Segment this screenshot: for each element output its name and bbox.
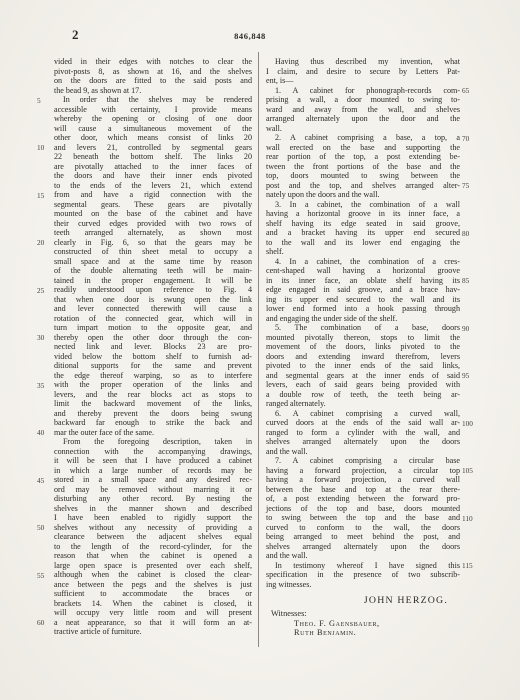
margin-line-number: 50 (37, 523, 51, 533)
page-number: 2 (72, 27, 79, 43)
text-line: large open space is presented over each … (54, 561, 252, 571)
text-line: whereby the opening or closing of one do… (54, 114, 252, 124)
text-line: having a horizontal groove in its inner … (266, 209, 460, 219)
text-line: shelf having its edge seated in said gro… (266, 219, 460, 229)
text-line: being arranged to meet behind the post, … (266, 532, 460, 542)
witness-name: Ruth Benjamin. (266, 628, 460, 638)
text-line: and segmental gears at the inner ends of… (266, 371, 460, 381)
text-line: ing its upper end secured to the wall an… (266, 295, 460, 305)
text-line: movement of the doors, links pivoted to … (266, 342, 460, 352)
margin-line-number: 55 (37, 571, 51, 581)
text-line: the bead 9, as shown at 17. (54, 86, 252, 96)
text-line: clearly in Fig. 6, so that the gears may… (54, 238, 252, 248)
text-line: top, doors mounted to swing between the (266, 171, 460, 181)
text-line: brackets 14. When the cabinet is closed,… (54, 599, 252, 609)
margin-line-number: 5 (37, 96, 51, 106)
text-line: prising a wall, a door mounted to swing … (266, 95, 460, 105)
text-line: shelves without any necessity of providi… (54, 523, 252, 533)
text-line: vided in their edges with notches to cle… (54, 57, 252, 67)
text-line: in its inner face, an oblate shelf havin… (266, 276, 460, 286)
text-line: 22 beneath the bottom shelf. The links 2… (54, 152, 252, 162)
text-line: mounted on the base of the cabinet and h… (54, 209, 252, 219)
text-line: to swing between the top and the base an… (266, 513, 460, 523)
text-line: to the length of the record-cylinder, fo… (54, 542, 252, 552)
text-line: and thereby prevent the doors being swun… (54, 409, 252, 419)
margin-line-number: 100 (462, 419, 482, 429)
text-line: their curved edges provided with two row… (54, 219, 252, 229)
text-line: ward and away from the wall, and shelves (266, 105, 460, 115)
text-line: segmental gears. These gears are pivotal… (54, 200, 252, 210)
right-column: Having thus described my invention, what… (266, 57, 460, 638)
margin-line-number: 15 (37, 191, 51, 201)
text-line: ord may be removed without marring it or (54, 485, 252, 495)
text-line: doors and extending inward therefrom, le… (266, 352, 460, 362)
text-line: ranged to form a cylinder with the wall,… (266, 428, 460, 438)
text-line: 6. A cabinet comprising a curved wall, (266, 409, 460, 419)
text-line: and engaging the under side of the shelf… (266, 314, 460, 324)
text-line: levers, each of said gears being provide… (266, 380, 460, 390)
text-line: tractive article of furniture. (54, 627, 252, 637)
text-line: with the proper operation of the links a… (54, 380, 252, 390)
text-line: between the base and top at the rear the… (266, 485, 460, 495)
text-line: From the foregoing description, taken in (54, 437, 252, 447)
text-line: will occupy very little room and will pr… (54, 608, 252, 618)
text-line: jections of the top and base, doors moun… (266, 504, 460, 514)
margin-line-number: 65 (462, 86, 482, 96)
text-line: sufficient to accommodate the braces or (54, 589, 252, 599)
text-line: shelves arranged alternately upon the do… (266, 437, 460, 447)
text-line: In order that the shelves may be rendere… (54, 95, 252, 105)
text-line: ent, is— (266, 76, 460, 86)
text-line: curved doors at the ends of the said wal… (266, 418, 460, 428)
text-line: rotation of the connected gear, which wi… (54, 314, 252, 324)
text-line: mounted pivotally thereon, stops to limi… (266, 333, 460, 343)
margin-line-number: 95 (462, 371, 482, 381)
text-line: shelf. (266, 247, 460, 257)
text-line: to the wall and its lower end engaging t… (266, 238, 460, 248)
text-line: I claim, and desire to secure by Letters… (266, 67, 460, 77)
margin-line-number: 85 (462, 276, 482, 286)
text-line: curved to conform to the wall, the doors (266, 523, 460, 533)
text-line: tained in the proper engagement. It will… (54, 276, 252, 286)
text-line: pivoted to the inner ends of the said li… (266, 361, 460, 371)
text-line: ranged alternately. (266, 399, 460, 409)
text-line: rear portion of the top, a post extendin… (266, 152, 460, 162)
margin-line-number: 75 (462, 181, 482, 191)
text-line: 3. In a cabinet, the combination of a wa… (266, 200, 460, 210)
text-line: wall erected on the base and supporting … (266, 143, 460, 153)
text-line: and levers 21, controlled by segmental g… (54, 143, 252, 153)
margin-line-number: 30 (37, 333, 51, 343)
margin-line-number: 90 (462, 324, 482, 334)
text-line: 7. A cabinet comprising a circular base (266, 456, 460, 466)
text-line: having a forward projection, a curved wa… (266, 475, 460, 485)
text-line: the edge thereof warping, so as to inter… (54, 371, 252, 381)
text-line: levers, and the rear blocks act as stops… (54, 390, 252, 400)
text-line: a double row of teeth, the teeth being a… (266, 390, 460, 400)
margin-line-number: 105 (462, 466, 482, 476)
text-line: a neat appearance, so that it will form … (54, 618, 252, 628)
text-line: vided below the bottom shelf to furnish … (54, 352, 252, 362)
text-line: and lever connected therewith will cause… (54, 304, 252, 314)
text-line: lower end formed into a hook passing thr… (266, 304, 460, 314)
text-line: limit the backward movement of the links… (54, 399, 252, 409)
text-line: constructed of thin sheet metal to occup… (54, 247, 252, 257)
text-line: wall. (266, 124, 460, 134)
text-line: accessible with certainty, I provide mea… (54, 105, 252, 115)
text-line: having a forward projection, a circular … (266, 466, 460, 476)
text-line: shelves in the manner shown and describe… (54, 504, 252, 514)
text-line: turn impart motion to the opposite gear,… (54, 323, 252, 333)
text-line: other door, which means consist of links… (54, 133, 252, 143)
text-line: teeth arranged alternately, as shown mos… (54, 228, 252, 238)
witness-name: Theo. F. Gaensbauer, (266, 619, 460, 629)
text-line: it will be seen that I have produced a c… (54, 456, 252, 466)
text-line: and the wall. (266, 447, 460, 457)
text-line: Having thus described my invention, what (266, 57, 460, 67)
text-line: the doors and have their inner ends pivo… (54, 171, 252, 181)
margin-line-number: 20 (37, 238, 51, 248)
margin-line-number: 25 (37, 286, 51, 296)
margin-line-number: 110 (462, 514, 482, 524)
text-line: to the ends of the levers 21, which exte… (54, 181, 252, 191)
margin-line-number: 115 (462, 561, 482, 571)
margin-line-number: 80 (462, 229, 482, 239)
text-line: in which a large number of records may b… (54, 466, 252, 476)
text-line: 2. A cabinet comprising a base, a top, a… (266, 133, 460, 143)
text-line: from and have a rigid connection with th… (54, 190, 252, 200)
right-column-lines: Having thus described my invention, what… (266, 57, 460, 589)
text-line: readily understood upon reference to Fig… (54, 285, 252, 295)
text-line: on the doors are fitted to the said post… (54, 76, 252, 86)
margin-line-number: 45 (37, 476, 51, 486)
text-line: tween the front portions of the base and… (266, 162, 460, 172)
text-line: clearance between the adjacent shelves e… (54, 532, 252, 542)
patent-number: 846,848 (130, 31, 370, 41)
text-line: post and the top, and shelves arranged a… (266, 181, 460, 191)
margin-line-number: 35 (37, 381, 51, 391)
text-line: ditional supports for the same and preve… (54, 361, 252, 371)
margin-line-number: 40 (37, 428, 51, 438)
text-line: edge engaged in said groove, and a brace… (266, 285, 460, 295)
text-line: that when one door is swung open the lin… (54, 295, 252, 305)
text-line: In testimony whereof I have signed this1… (266, 561, 460, 571)
text-line: will cause a simultaneous movement of th… (54, 124, 252, 134)
margin-line-number: 60 (37, 618, 51, 628)
text-line: 4. In a cabinet, the combination of a cr… (266, 257, 460, 267)
text-line: ing witnesses. (266, 580, 460, 590)
text-line: and the wall. (266, 551, 460, 561)
text-line: pivot-posts 8, as shown at 16, and the s… (54, 67, 252, 77)
text-line: reason that when the cabinet is opened a (54, 551, 252, 561)
text-line: 5. The combination of a base, doors90 (266, 323, 460, 333)
text-line: mar the outer face of the same.40 (54, 428, 252, 438)
text-line: cent-shaped wall having a horizontal gro… (266, 266, 460, 276)
text-line: nected link and lever. Blocks 23 are pro… (54, 342, 252, 352)
text-line: of the double alternating teeth will be … (54, 266, 252, 276)
signature: JOHN HERZOG. (266, 596, 460, 606)
text-line: stored in a small space and any desired … (54, 475, 252, 485)
left-column: vided in their edges with notches to cle… (54, 57, 252, 637)
text-line: connection with the accompanying drawing… (54, 447, 252, 457)
text-line: ance between the pegs and the shelves is… (54, 580, 252, 590)
text-line: disturbing any other record. By nesting … (54, 494, 252, 504)
text-line: of, a post extending between the forward… (266, 494, 460, 504)
margin-line-number: 10 (37, 143, 51, 153)
text-line: arranged alternately upon the door and t… (266, 114, 460, 124)
text-line: and a bracket having its upper end secur… (266, 228, 460, 238)
text-line: are pivotally attached to the inner face… (54, 162, 252, 172)
patent-page: 2 846,848 vided in their edges with notc… (0, 0, 520, 700)
text-line: specification in the presence of two sub… (266, 570, 460, 580)
text-line: I have been enabled to rigidly support t… (54, 513, 252, 523)
margin-line-number: 70 (462, 134, 482, 144)
text-line: 1. A cabinet for phonograph-records com-… (266, 86, 460, 96)
text-line: although when the cabinet is closed the … (54, 570, 252, 580)
text-line: backward far enough to strike the back a… (54, 418, 252, 428)
text-line: nately upon the doors and the wall. (266, 190, 460, 200)
text-line: shelves arranged alternately upon the do… (266, 542, 460, 552)
witnesses-label: Witnesses: (266, 609, 460, 619)
column-divider (258, 52, 259, 647)
text-line: small space and at the same time by reas… (54, 257, 252, 267)
text-line: thereby open the other door through the … (54, 333, 252, 343)
